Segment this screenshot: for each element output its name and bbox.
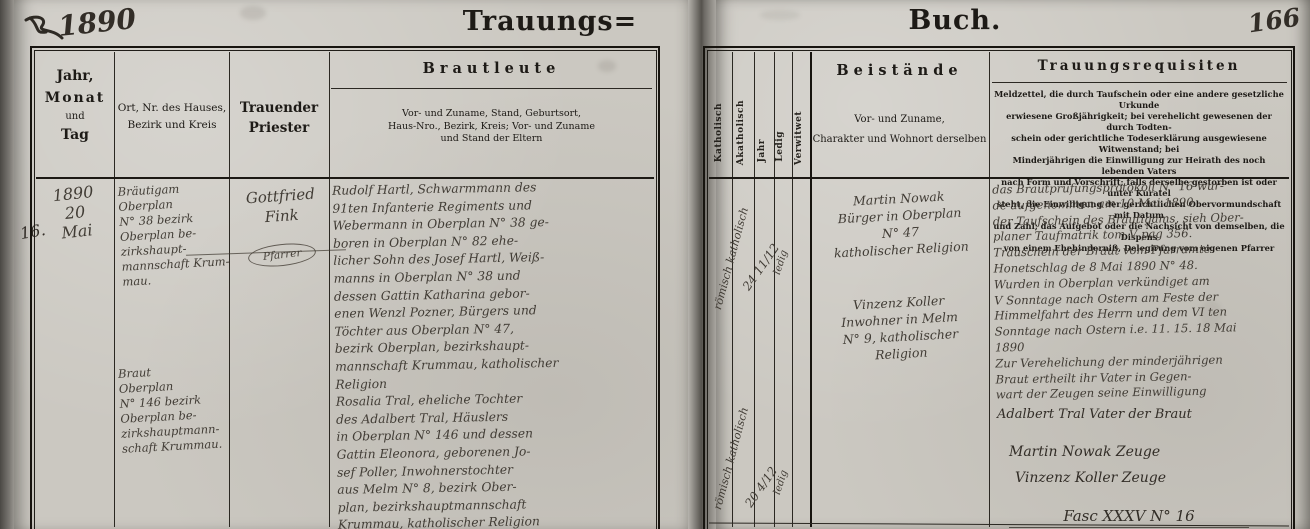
header-requisiten-title: Trauungsrequisiten: [991, 58, 1287, 74]
header-date-column: Jahr, Monat und Tag: [36, 68, 114, 143]
header-verwitwet: Verwitwet: [794, 111, 804, 165]
header-line: Jahr,: [36, 68, 114, 84]
header-ort-column: Ort, Nr. des Hauses,Bezirk und Kreis: [116, 100, 228, 134]
header-brautleute-title: Brautleute: [329, 60, 654, 77]
column-divider: [989, 52, 990, 527]
header-line: und: [36, 111, 114, 122]
header-line: Tag: [36, 127, 114, 143]
register-title-left: Trauungs=: [430, 6, 670, 37]
entry-priest-name: GottfriedFink: [232, 183, 331, 230]
left-table: Jahr, Monat und Tag Ort, Nr. des Hauses,…: [36, 52, 654, 527]
right-table: Katholisch Akatholisch Jahr Ledig Verwit…: [709, 52, 1289, 527]
header-line: Monat: [36, 90, 114, 106]
left-table-frame: Jahr, Monat und Tag Ort, Nr. des Hauses,…: [30, 46, 660, 529]
header-priest-column: TrauenderPriester: [229, 98, 329, 138]
header-ledig: Ledig: [775, 131, 785, 162]
header-subrule: [331, 88, 652, 89]
header-jahr: Jahr: [757, 139, 767, 162]
paper-stain: [240, 6, 266, 20]
header-subrule: [992, 82, 1287, 83]
right-table-frame: Katholisch Akatholisch Jahr Ledig Verwit…: [703, 46, 1295, 529]
signature-father: Adalbert Tral Vater der Braut: [997, 407, 1192, 422]
entry-ort-bride: BrautOberplanN° 146 bezirkOberplan be-zi…: [118, 361, 231, 457]
signature-witness-2: Vinzenz Koller Zeuge: [1015, 470, 1166, 486]
register-title-right: Buch.: [890, 5, 1020, 36]
entry-groom-religion: römisch katholisch: [705, 184, 756, 332]
entry-priest-title: Pfarrer: [247, 240, 317, 269]
entry-brautleute-text: Rudolf Hartl, Schwarmmann des91ten Infan…: [332, 177, 658, 529]
header-beistaende-sub: Vor- und Zuname,Charakter und Wohnort de…: [812, 110, 987, 150]
entry-ort-groom: BräutigamOberplanN° 38 bezirkOberplan be…: [117, 179, 230, 290]
header-akatholisch: Akatholisch: [736, 100, 746, 165]
column-divider: [774, 52, 775, 527]
header-beistaende-title: Beistände: [810, 62, 989, 79]
signature-witness-1: Martin Nowak Zeuge: [1009, 444, 1160, 460]
entry-witness-1: Martin NowakBürger in OberplanN° 47katho…: [813, 186, 986, 263]
entry-requisiten-text: das Brautprüfungsprotokoll N° 16 wur-de …: [992, 177, 1288, 403]
paper-stain: [760, 10, 800, 20]
entry-date: 189020Mai: [33, 180, 117, 245]
scanned-marriage-register: 1890 Trauungs= Buch. 166 16. Jahr, Monat…: [0, 0, 1310, 529]
header-brautleute-sub: Vor- und Zuname, Stand, Geburtsort,Haus-…: [329, 108, 654, 146]
header-katholisch: Katholisch: [714, 103, 724, 162]
entry-witness-2: Vinzenz KollerInwohner in MelmN° 9, kath…: [813, 290, 986, 367]
column-divider: [754, 52, 755, 527]
